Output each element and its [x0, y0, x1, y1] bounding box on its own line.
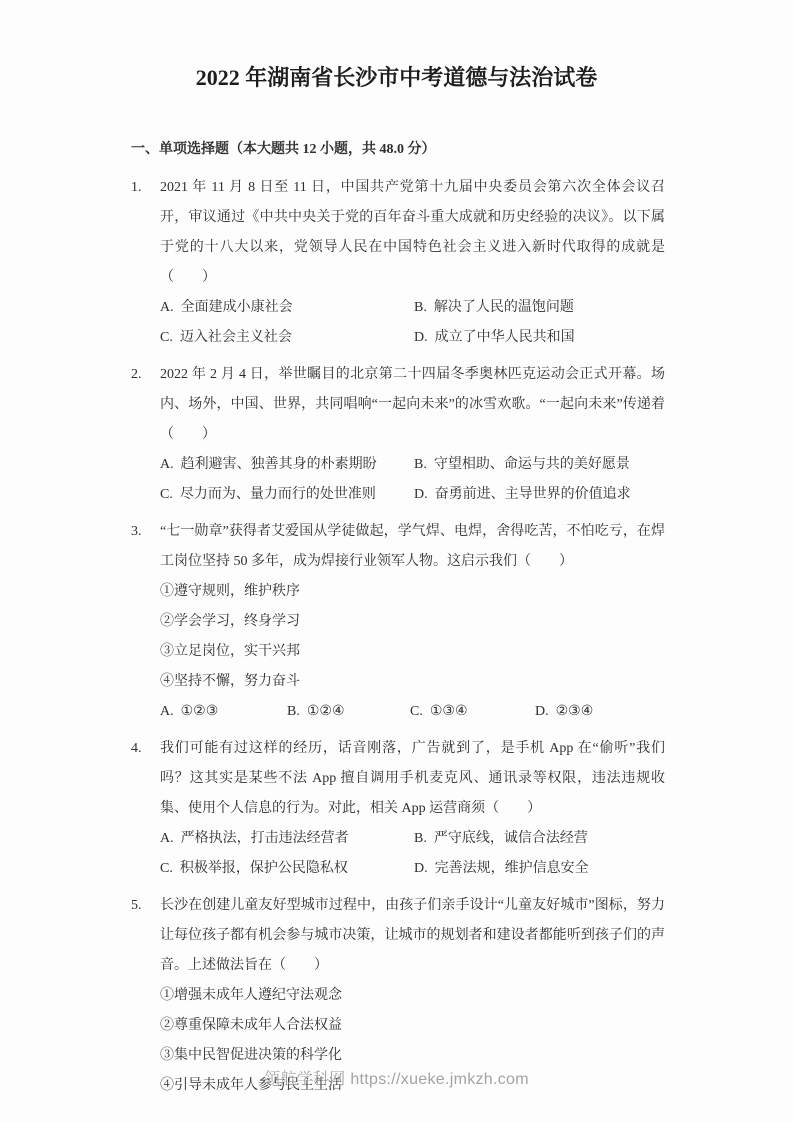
question-stem: 2022 年 2 月 4 日，举世瞩目的北京第二十四届冬季奥林匹克运动会正式开幕… — [160, 360, 665, 450]
option-text: 尽力而为、量力而行的处世准则 — [180, 487, 376, 502]
option-b: B.解决了人民的温饱问题 — [414, 293, 665, 323]
question-number: 3. — [131, 517, 160, 727]
option-d: D.②③④ — [535, 697, 665, 727]
question-number: 4. — [131, 734, 160, 884]
option-label: A. — [160, 300, 174, 315]
question-subitem: ①遵守规则，维护秩序 — [160, 577, 665, 607]
option-label: D. — [414, 487, 428, 502]
option-text: 严守底线，诚信合法经营 — [434, 831, 588, 846]
option-d: D.成立了中华人民共和国 — [414, 323, 665, 353]
option-a: A.严格执法，打击违法经营者 — [160, 824, 414, 854]
question-number: 2. — [131, 360, 160, 510]
option-text: ①②④ — [307, 704, 345, 719]
option-label: C. — [160, 861, 173, 876]
option-b: B.守望相助、命运与共的美好愿景 — [414, 450, 665, 480]
option-label: B. — [414, 457, 427, 472]
option-label: B. — [414, 300, 427, 315]
question-subitem: ①增强未成年人遵纪守法观念 — [160, 981, 665, 1011]
options-grid: A.趋利避害、独善其身的朴素期盼B.守望相助、命运与共的美好愿景C.尽力而为、量… — [160, 450, 665, 510]
options-grid: A.①②③B.①②④C.①③④D.②③④ — [160, 697, 665, 727]
option-b: B.严守底线，诚信合法经营 — [414, 824, 665, 854]
question-subitem: ②尊重保障未成年人合法权益 — [160, 1011, 665, 1041]
option-text: 解决了人民的温饱问题 — [434, 300, 574, 315]
option-text: ①②③ — [181, 704, 219, 719]
question-body: 2022 年 2 月 4 日，举世瞩目的北京第二十四届冬季奥林匹克运动会正式开幕… — [160, 360, 665, 510]
option-text: 迈入社会主义社会 — [180, 330, 292, 345]
option-d: D.完善法规，维护信息安全 — [414, 854, 665, 884]
question-number: 1. — [131, 173, 160, 353]
option-d: D.奋勇前进、主导世界的价值追求 — [414, 480, 665, 510]
question-subitem: ④坚持不懈，努力奋斗 — [160, 667, 665, 697]
question-stem: “七一勋章”获得者艾爱国从学徒做起，学气焊、电焊，舍得吃苦，不怕吃亏，在焊工岗位… — [160, 517, 665, 577]
question-stem: 长沙在创建儿童友好型城市过程中，由孩子们亲手设计“儿童友好城市”图标，努力让每位… — [160, 891, 665, 981]
options-grid: A.严格执法，打击违法经营者B.严守底线，诚信合法经营C.积极举报，保护公民隐私… — [160, 824, 665, 884]
question: 4.我们可能有过这样的经历，话音刚落，广告就到了，是手机 App 在“偷听”我们… — [131, 734, 669, 884]
option-label: A. — [160, 831, 174, 846]
exam-document-page: 2022 年湖南省长沙市中考道德与法治试卷 一、单项选择题（本大题共 12 小题… — [0, 0, 793, 1101]
option-text: 严格执法，打击违法经营者 — [181, 831, 349, 846]
section-header: 一、单项选择题（本大题共 12 小题，共 48.0 分） — [131, 139, 793, 161]
option-text: 趋利避害、独善其身的朴素期盼 — [181, 457, 377, 472]
option-text: ①③④ — [430, 704, 468, 719]
option-label: C. — [410, 704, 423, 719]
watermark-link[interactable]: 领航学科网 https://xueke.jmkzh.com — [264, 1071, 529, 1088]
option-a: A.①②③ — [160, 697, 287, 727]
option-c: C.尽力而为、量力而行的处世准则 — [160, 480, 414, 510]
option-label: D. — [535, 704, 549, 719]
option-text: ②③④ — [556, 704, 594, 719]
option-b: B.①②④ — [287, 697, 410, 727]
option-label: D. — [414, 330, 428, 345]
option-label: B. — [287, 704, 300, 719]
option-a: A.趋利避害、独善其身的朴素期盼 — [160, 450, 414, 480]
options-grid: A.全面建成小康社会B.解决了人民的温饱问题C.迈入社会主义社会D.成立了中华人… — [160, 293, 665, 353]
option-c: C.①③④ — [410, 697, 535, 727]
question-body: 我们可能有过这样的经历，话音刚落，广告就到了，是手机 App 在“偷听”我们吗？… — [160, 734, 665, 884]
option-label: D. — [414, 861, 428, 876]
question-subitem: ③立足岗位，实干兴邦 — [160, 637, 665, 667]
option-a: A.全面建成小康社会 — [160, 293, 414, 323]
option-label: C. — [160, 487, 173, 502]
option-label: A. — [160, 457, 174, 472]
question-subitem: ②学会学习，终身学习 — [160, 607, 665, 637]
option-text: 成立了中华人民共和国 — [435, 330, 575, 345]
question: 1.2021 年 11 月 8 日至 11 日，中国共产党第十九届中央委员会第六… — [131, 173, 669, 353]
question-stem: 我们可能有过这样的经历，话音刚落，广告就到了，是手机 App 在“偷听”我们吗？… — [160, 734, 665, 824]
option-text: 守望相助、命运与共的美好愿景 — [434, 457, 630, 472]
question-subitem: ③集中民智促进决策的科学化 — [160, 1041, 665, 1071]
page-title: 2022 年湖南省长沙市中考道德与法治试卷 — [0, 0, 793, 94]
option-label: B. — [414, 831, 427, 846]
question: 3.“七一勋章”获得者艾爱国从学徒做起，学气焊、电焊，舍得吃苦，不怕吃亏，在焊工… — [131, 517, 669, 727]
question-list: 1.2021 年 11 月 8 日至 11 日，中国共产党第十九届中央委员会第六… — [131, 173, 669, 1101]
question-stem: 2021 年 11 月 8 日至 11 日，中国共产党第十九届中央委员会第六次全… — [160, 173, 665, 293]
option-label: A. — [160, 704, 174, 719]
question-body: “七一勋章”获得者艾爱国从学徒做起，学气焊、电焊，舍得吃苦，不怕吃亏，在焊工岗位… — [160, 517, 665, 727]
watermark-footer: 领航学科网 https://xueke.jmkzh.com — [0, 1069, 793, 1091]
option-text: 完善法规，维护信息安全 — [435, 861, 589, 876]
question-body: 2021 年 11 月 8 日至 11 日，中国共产党第十九届中央委员会第六次全… — [160, 173, 665, 353]
option-text: 全面建成小康社会 — [181, 300, 293, 315]
option-c: C.迈入社会主义社会 — [160, 323, 414, 353]
option-text: 奋勇前进、主导世界的价值追求 — [435, 487, 631, 502]
option-text: 积极举报，保护公民隐私权 — [180, 861, 348, 876]
question: 2.2022 年 2 月 4 日，举世瞩目的北京第二十四届冬季奥林匹克运动会正式… — [131, 360, 669, 510]
option-c: C.积极举报，保护公民隐私权 — [160, 854, 414, 884]
option-label: C. — [160, 330, 173, 345]
